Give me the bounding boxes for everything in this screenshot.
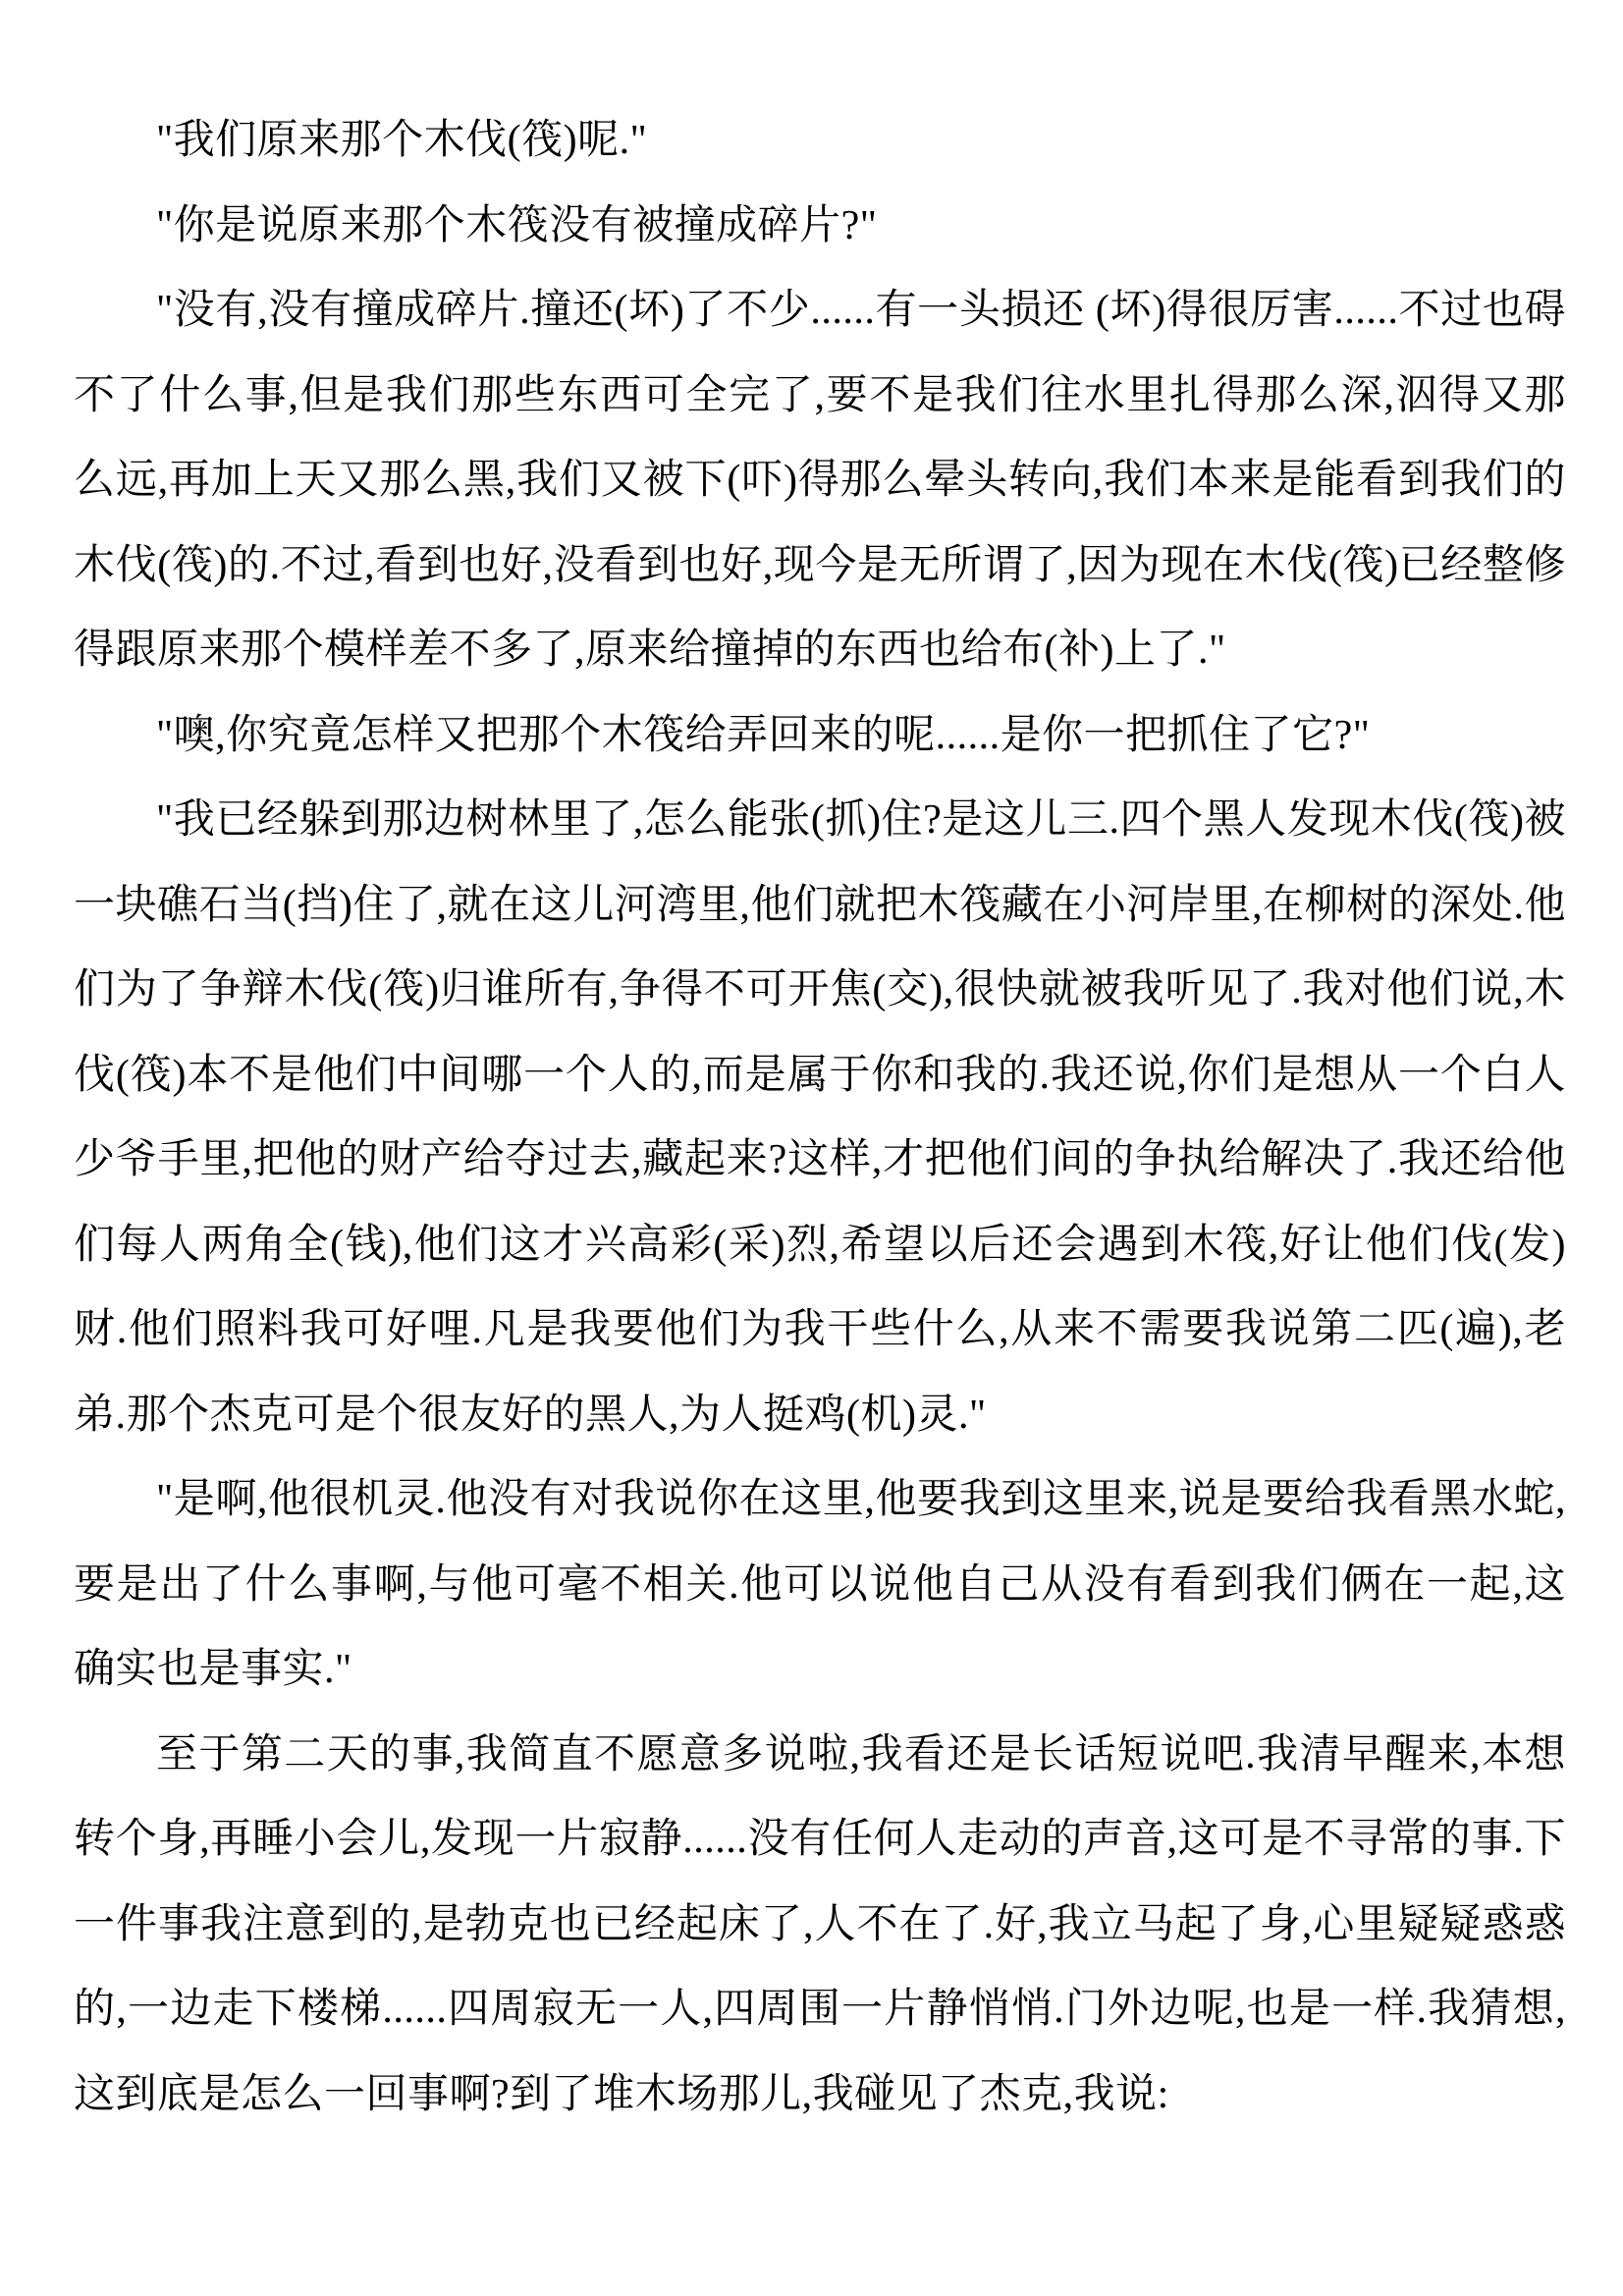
paragraph-7: 至于第二天的事,我简直不愿意多说啦,我看还是长话短说吧.我清早醒来,本想转个身,… bbox=[74, 1713, 1566, 2138]
paragraph-3: "没有,没有撞成碎片.撞还(坏)了不少......有一头损还 (坏)得很厉害..… bbox=[74, 268, 1566, 693]
paragraph-4: "噢,你究竟怎样又把那个木筏给弄回来的呢......是你一把抓住了它?" bbox=[74, 693, 1566, 779]
book-page: "我们原来那个木伐(筏)呢." "你是说原来那个木筏没有被撞成碎片?" "没有,… bbox=[0, 0, 1623, 2296]
page-text-body: "我们原来那个木伐(筏)呢." "你是说原来那个木筏没有被撞成碎片?" "没有,… bbox=[74, 98, 1566, 2137]
paragraph-2: "你是说原来那个木筏没有被撞成碎片?" bbox=[74, 184, 1566, 269]
paragraph-6: "是啊,他很机灵.他没有对我说你在这里,他要我到这里来,说是要给我看黑水蛇,要是… bbox=[74, 1457, 1566, 1713]
paragraph-1: "我们原来那个木伐(筏)呢." bbox=[74, 98, 1566, 184]
paragraph-5: "我已经躲到那边树林里了,怎么能张(抓)住?是这儿三.四个黑人发现木伐(筏)被一… bbox=[74, 778, 1566, 1457]
